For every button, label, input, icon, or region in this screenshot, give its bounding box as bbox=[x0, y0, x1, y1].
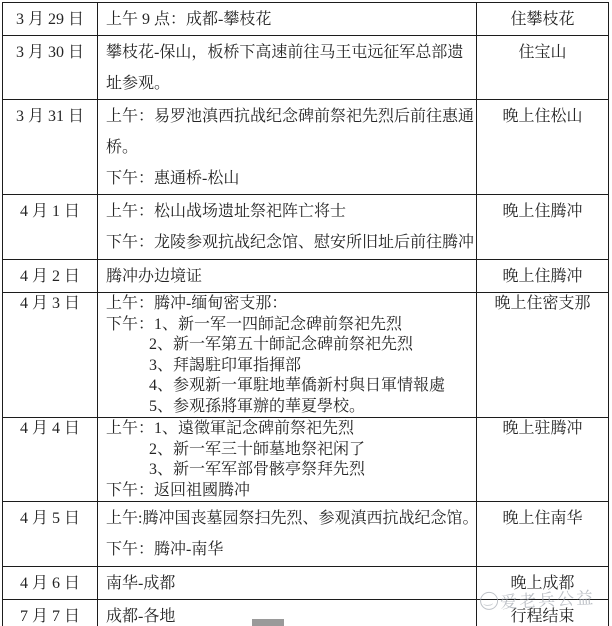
date-cell: 3 月 29 日 bbox=[3, 3, 98, 35]
activity-line: 上午:腾冲国丧墓园祭扫先烈、参观滇西抗战纪念馆。 bbox=[106, 503, 472, 534]
stay-cell: 行程结束 bbox=[477, 600, 608, 626]
activity-line: 3、拜謁駐印軍指揮部 bbox=[106, 356, 472, 377]
table-row: 4 月 4 日上午：1、遠徵軍記念碑前祭祀先烈2、新一军三十師墓地祭祀闲了3、新… bbox=[3, 418, 608, 502]
stay-cell: 晚上住腾冲 bbox=[477, 260, 608, 292]
activity-line: 上午：1、遠徵軍記念碑前祭祀先烈 bbox=[106, 419, 472, 440]
activity-cell: 南华-成都 bbox=[98, 567, 477, 599]
date-cell: 4 月 4 日 bbox=[3, 418, 98, 501]
activity-line: 上午：松山战场遗址祭祀阵亡将士 bbox=[106, 196, 472, 227]
stay-cell: 住宝山 bbox=[477, 36, 608, 99]
date-cell: 4 月 2 日 bbox=[3, 260, 98, 292]
activity-line: 2、新一军三十師墓地祭祀闲了 bbox=[106, 440, 472, 461]
date-cell: 3 月 30 日 bbox=[3, 36, 98, 99]
activity-line: 3、新一军军部骨骸亭祭拜先烈 bbox=[106, 460, 472, 481]
table-row: 7 月 7 日成都-各地行程结束 bbox=[3, 600, 608, 626]
activity-line: 上午：腾冲-缅甸密支那： bbox=[106, 294, 472, 315]
activity-line: 桥。 bbox=[106, 132, 472, 163]
activity-line: 址参观。 bbox=[106, 68, 472, 99]
scrollbar-artifact bbox=[252, 619, 284, 626]
activity-line: 下午：1、新一军一四師記念碑前祭祀先烈 bbox=[106, 315, 472, 336]
date-cell: 4 月 6 日 bbox=[3, 567, 98, 599]
activity-line: 上午 9 点：成都-攀枝花 bbox=[106, 4, 472, 35]
activity-line: 5、参观孫將軍辦的華夏學校。 bbox=[106, 397, 472, 418]
table-row: 4 月 3 日上午：腾冲-缅甸密支那：下午：1、新一军一四師記念碑前祭祀先烈2、… bbox=[3, 293, 608, 418]
date-cell: 4 月 1 日 bbox=[3, 195, 98, 259]
activity-line: 南华-成都 bbox=[106, 568, 472, 599]
stay-cell: 晚上住密支那 bbox=[477, 293, 608, 417]
stay-cell: 住攀枝花 bbox=[477, 3, 608, 35]
activity-cell: 攀枝花-保山，板桥下高速前往马王屯远征军总部遗址参观。 bbox=[98, 36, 477, 99]
table-row: 4 月 2 日腾冲办边境证晚上住腾冲 bbox=[3, 260, 608, 293]
activity-cell: 腾冲办边境证 bbox=[98, 260, 477, 292]
activity-line: 下午：腾冲-南华 bbox=[106, 534, 472, 565]
table-row: 3 月 30 日攀枝花-保山，板桥下高速前往马王屯远征军总部遗址参观。住宝山 bbox=[3, 36, 608, 100]
activity-line: 下午：惠通桥-松山 bbox=[106, 163, 472, 194]
table-row: 3 月 31 日上午：易罗池滇西抗战纪念碑前祭祀先烈后前往惠通桥。下午：惠通桥-… bbox=[3, 100, 608, 195]
date-cell: 3 月 31 日 bbox=[3, 100, 98, 194]
activity-cell: 上午:腾冲国丧墓园祭扫先烈、参观滇西抗战纪念馆。下午：腾冲-南华 bbox=[98, 502, 477, 566]
stay-cell: 晚上住南华 bbox=[477, 502, 608, 566]
activity-cell: 上午：1、遠徵軍記念碑前祭祀先烈2、新一军三十師墓地祭祀闲了3、新一军军部骨骸亭… bbox=[98, 418, 477, 501]
stay-cell: 晚上住腾冲 bbox=[477, 195, 608, 259]
date-cell: 4 月 3 日 bbox=[3, 293, 98, 417]
activity-line: 腾冲办边境证 bbox=[106, 261, 472, 292]
activity-cell: 上午：松山战场遗址祭祀阵亡将士下午：龙陵参观抗战纪念馆、慰安所旧址后前往腾冲 bbox=[98, 195, 477, 259]
activity-line: 下午：龙陵参观抗战纪念馆、慰安所旧址后前往腾冲 bbox=[106, 227, 472, 258]
activity-cell: 成都-各地 bbox=[98, 600, 477, 626]
activity-line: 下午：返回祖國腾冲 bbox=[106, 481, 472, 502]
table-row: 4 月 1 日上午：松山战场遗址祭祀阵亡将士下午：龙陵参观抗战纪念馆、慰安所旧址… bbox=[3, 195, 608, 260]
table-row: 3 月 29 日上午 9 点：成都-攀枝花住攀枝花 bbox=[3, 3, 608, 36]
date-cell: 7 月 7 日 bbox=[3, 600, 98, 626]
date-cell: 4 月 5 日 bbox=[3, 502, 98, 566]
activity-line: 上午：易罗池滇西抗战纪念碑前祭祀先烈后前往惠通 bbox=[106, 101, 472, 132]
activity-line: 2、新一军第五十師記念碑前祭祀先烈 bbox=[106, 335, 472, 356]
activity-line: 4、参观新一軍駐地華僑新村與日軍情報處 bbox=[106, 376, 472, 397]
table-row: 4 月 5 日上午:腾冲国丧墓园祭扫先烈、参观滇西抗战纪念馆。下午：腾冲-南华晚… bbox=[3, 502, 608, 567]
stay-cell: 晚上成都 bbox=[477, 567, 608, 599]
activity-cell: 上午 9 点：成都-攀枝花 bbox=[98, 3, 477, 35]
itinerary-page: 3 月 29 日上午 9 点：成都-攀枝花住攀枝花3 月 30 日攀枝花-保山，… bbox=[0, 0, 612, 626]
table-row: 4 月 6 日南华-成都晚上成都 bbox=[3, 567, 608, 600]
stay-cell: 晚上住松山 bbox=[477, 100, 608, 194]
itinerary-table: 3 月 29 日上午 9 点：成都-攀枝花住攀枝花3 月 30 日攀枝花-保山，… bbox=[2, 2, 609, 626]
activity-line: 攀枝花-保山，板桥下高速前往马王屯远征军总部遗 bbox=[106, 37, 472, 68]
stay-cell: 晚上驻腾冲 bbox=[477, 418, 608, 501]
activity-cell: 上午：易罗池滇西抗战纪念碑前祭祀先烈后前往惠通桥。下午：惠通桥-松山 bbox=[98, 100, 477, 194]
activity-line: 成都-各地 bbox=[106, 601, 472, 626]
activity-cell: 上午：腾冲-缅甸密支那：下午：1、新一军一四師記念碑前祭祀先烈2、新一军第五十師… bbox=[98, 293, 477, 417]
